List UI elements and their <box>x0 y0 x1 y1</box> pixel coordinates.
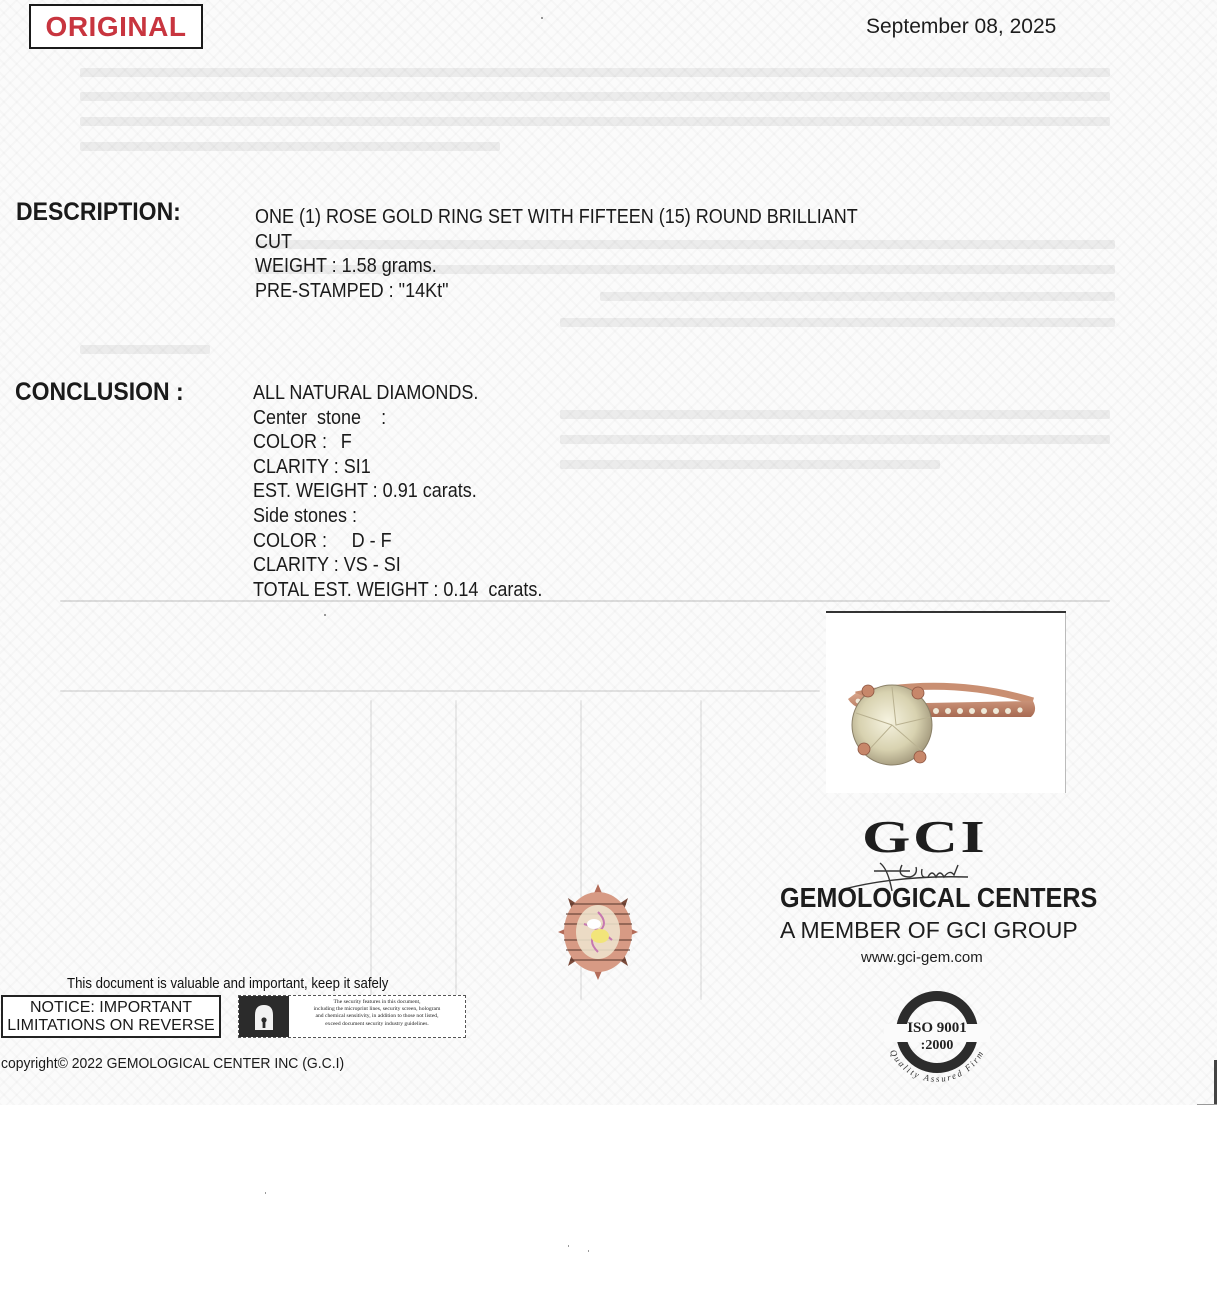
notice-line-1: NOTICE: IMPORTANT <box>30 999 192 1017</box>
lock-cell <box>239 996 289 1037</box>
security-features-box: The security features in this document, … <box>238 995 466 1038</box>
ring-photo <box>826 611 1066 793</box>
center-stone-clarity: CLARITY : SI1 <box>253 455 542 480</box>
description-line: CUT <box>255 230 858 255</box>
notice-line-2: LIMITATIONS ON REVERSE <box>7 1017 214 1035</box>
keep-safe-note: This document is valuable and important,… <box>67 975 388 992</box>
conclusion-summary: ALL NATURAL DIAMONDS. <box>253 381 542 406</box>
iso-seal-icon: ISO 9001 :2000 Quality Assured Firm <box>872 990 1002 1100</box>
copyright-text: copyright© 2022 GEMOLOGICAL CENTER INC (… <box>1 1055 344 1072</box>
security-line: exceed document security industry guidel… <box>289 1021 465 1028</box>
description-weight: WEIGHT : 1.58 grams. <box>255 254 858 279</box>
side-stones-color-label: COLOR : <box>253 529 347 554</box>
original-stamp-label: ORIGINAL <box>46 11 187 43</box>
speck <box>588 1250 589 1252</box>
description-stamp: PRE-STAMPED : "14Kt" <box>255 279 858 304</box>
description-text: ONE (1) ROSE GOLD RING SET WITH FIFTEEN … <box>255 205 858 303</box>
side-stones-color: COLOR : D - F <box>253 529 542 554</box>
ring-image-icon <box>826 613 1066 793</box>
center-stone-color-value: F <box>341 431 352 453</box>
security-line: including the microprint lines, security… <box>289 1006 465 1013</box>
lock-icon <box>253 1003 275 1031</box>
center-stone-clarity-value: SI1 <box>344 456 371 478</box>
center-stone-clarity-label: CLARITY : <box>253 455 339 480</box>
speck <box>568 1245 569 1247</box>
security-features-text: The security features in this document, … <box>289 996 465 1037</box>
iso-line-2: :2000 <box>921 1038 954 1053</box>
issuer-url[interactable]: www.gci-gem.com <box>861 949 983 966</box>
conclusion-label: CONCLUSION : <box>15 378 184 407</box>
iso-line-1: ISO 9001 <box>907 1020 967 1036</box>
report-date: September 08, 2025 <box>866 15 1056 39</box>
issuer-name: GEMOLOGICAL CENTERS <box>780 882 1097 914</box>
center-stone-weight: EST. WEIGHT : 0.91 carats. <box>253 479 542 504</box>
speck <box>541 17 543 19</box>
security-line: The security features in this document, <box>289 999 465 1006</box>
side-stones-clarity: CLARITY : VS - SI <box>253 553 542 578</box>
conclusion-text: ALL NATURAL DIAMONDS. Center stone : COL… <box>253 381 542 602</box>
speck <box>265 1192 266 1194</box>
center-stone-color-label: COLOR : <box>253 430 336 455</box>
hologram-seal-icon <box>558 884 638 980</box>
center-stone-heading: Center stone : <box>253 406 542 431</box>
original-stamp: ORIGINAL <box>29 4 203 49</box>
sheet-bottom-edge <box>1197 1104 1217 1105</box>
notice-box: NOTICE: IMPORTANT LIMITATIONS ON REVERSE <box>1 995 221 1038</box>
issuer-member: A MEMBER OF GCI GROUP <box>780 917 1078 944</box>
description-label: DESCRIPTION: <box>16 198 181 227</box>
side-stones-heading: Side stones : <box>253 504 542 529</box>
side-stones-color-value: D - F <box>352 530 392 552</box>
security-line: and chemical sensitivity, in addition to… <box>289 1013 465 1020</box>
side-stones-weight: TOTAL EST. WEIGHT : 0.14 carats. <box>253 578 542 603</box>
side-stones-clarity-label: CLARITY : <box>253 553 339 578</box>
speck <box>324 614 326 616</box>
center-stone-color: COLOR : F <box>253 430 542 455</box>
description-line: ONE (1) ROSE GOLD RING SET WITH FIFTEEN … <box>255 205 858 230</box>
side-stones-clarity-value: VS - SI <box>344 554 401 576</box>
